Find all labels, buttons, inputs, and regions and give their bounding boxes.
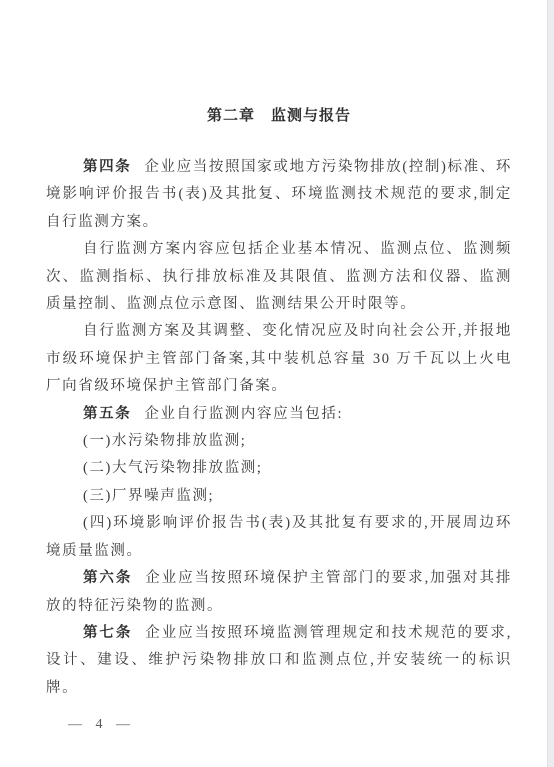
article-number: 第七条 <box>83 625 132 641</box>
list-item-4: (四)环境影响评价报告书(表)及其批复有要求的,开展周边环境质量监测。 <box>46 510 512 565</box>
article-number: 第五条 <box>83 406 131 422</box>
paragraph-text: 自行监测方案内容应包括企业基本情况、监测点位、监测频次、监测指标、执行排放标准及… <box>46 241 512 312</box>
paragraph-article-6: 第六条企业应当按照环境保护主管部门的要求,加强对其排放的特征污染物的监测。 <box>46 565 512 620</box>
page-number: — 4 — <box>46 715 512 735</box>
paragraph-text: (一)水污染物排放监测; <box>83 433 246 449</box>
paragraph: 自行监测方案及其调整、变化情况应及时向社会公开,并报地市级环境保护主管部门备案,… <box>46 318 512 400</box>
paragraph-article-7: 第七条企业应当按照环境监测管理规定和技术规范的要求,设计、建设、维护污染物排放口… <box>46 620 512 702</box>
paragraph-text: 企业自行监测内容应当包括: <box>144 406 343 422</box>
document-page: 第二章 监测与报告 第四条企业应当按照国家或地方污染物排放(控制)标准、环境影响… <box>0 0 554 767</box>
chapter-heading: 第二章 监测与报告 <box>46 104 512 128</box>
article-number: 第六条 <box>83 570 132 586</box>
paragraph-article-4: 第四条企业应当按照国家或地方污染物排放(控制)标准、环境影响评价报告书(表)及其… <box>46 154 512 236</box>
article-number: 第四条 <box>83 159 131 175</box>
paragraph-article-5: 第五条企业自行监测内容应当包括: <box>46 401 512 428</box>
paragraph-text: (三)厂界噪声监测; <box>83 488 214 504</box>
paragraph-text: 自行监测方案及其调整、变化情况应及时向社会公开,并报地市级环境保护主管部门备案,… <box>46 323 512 394</box>
paragraph: 自行监测方案内容应包括企业基本情况、监测点位、监测频次、监测指标、执行排放标准及… <box>46 236 512 318</box>
scan-page-edge <box>547 0 554 767</box>
list-item-2: (二)大气污染物排放监测; <box>46 455 512 482</box>
paragraph-text: (四)环境影响评价报告书(表)及其批复有要求的,开展周边环境质量监测。 <box>46 515 512 558</box>
paragraph-text: (二)大气污染物排放监测; <box>83 460 263 476</box>
list-item-3: (三)厂界噪声监测; <box>46 483 512 510</box>
list-item-1: (一)水污染物排放监测; <box>46 428 512 455</box>
document-body: 第四条企业应当按照国家或地方污染物排放(控制)标准、环境影响评价报告书(表)及其… <box>46 154 512 702</box>
